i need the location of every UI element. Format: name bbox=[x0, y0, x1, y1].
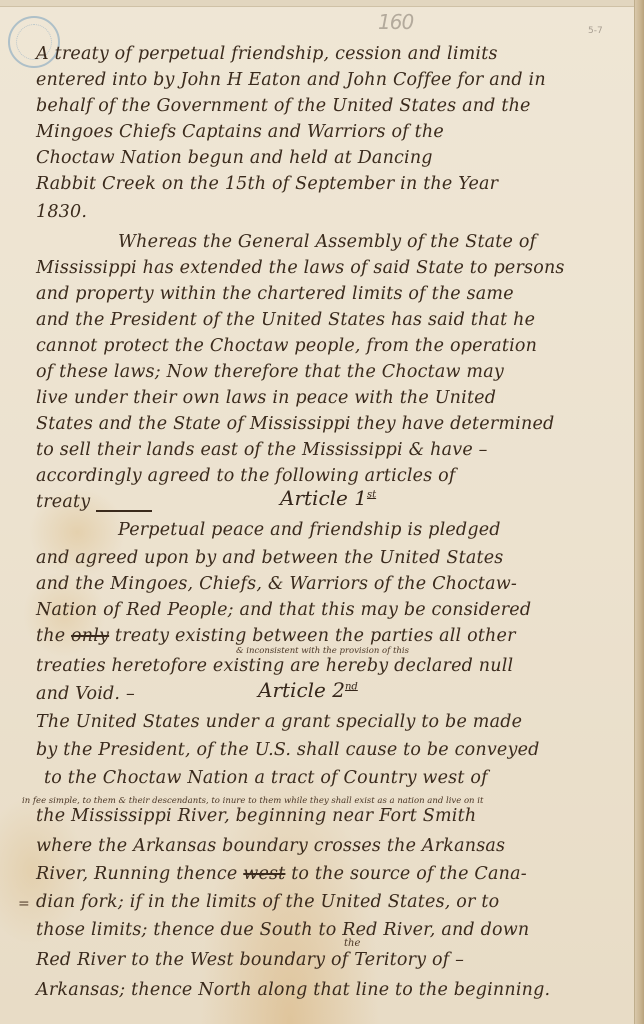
closing-flourish bbox=[96, 510, 152, 512]
caret-insertion: the bbox=[344, 938, 360, 949]
struck-word: west bbox=[243, 864, 285, 884]
article-2-line-4: the Mississippi River, beginning near Fo… bbox=[36, 806, 476, 826]
page-reference: 5-7 bbox=[588, 26, 603, 36]
article-1-line-5: the only treaty existing between the par… bbox=[36, 626, 516, 646]
article-2-label: Article 2 bbox=[258, 678, 345, 702]
whereas-line-4: and the President of the United States h… bbox=[36, 310, 535, 330]
article-1-insertion: & inconsistent with the provision of thi… bbox=[236, 646, 409, 656]
article-2-insertion: in fee simple, to them & their descendan… bbox=[22, 796, 483, 806]
article-1-label: Article 1 bbox=[280, 486, 367, 510]
whereas-line-3: and property within the chartered limits… bbox=[36, 284, 514, 304]
whereas-line-11: treaty bbox=[36, 492, 90, 512]
preamble-year: 1830. bbox=[36, 202, 87, 222]
preamble-line-1: A treaty of perpetual friendship, cessio… bbox=[36, 44, 498, 64]
article-2-line-6-suffix: to the source of the Cana- bbox=[291, 864, 527, 884]
article-2-line-5: where the Arkansas boundary crosses the … bbox=[36, 836, 505, 856]
article-1-line-4: Nation of Red People; and that this may … bbox=[36, 600, 531, 620]
article-2-line-6-prefix: River, Running thence bbox=[36, 864, 238, 884]
struck-word: only bbox=[71, 626, 109, 646]
article-1-line-2: and agreed upon by and between the Unite… bbox=[36, 548, 503, 568]
whereas-line-1: Whereas the General Assembly of the Stat… bbox=[118, 232, 536, 252]
article-2-line-8: those limits; thence due South to Red Ri… bbox=[36, 920, 529, 940]
preamble-line-3: behalf of the Government of the United S… bbox=[36, 96, 531, 116]
whereas-line-7: live under their own laws in peace with … bbox=[36, 388, 496, 408]
whereas-line-6: of these laws; Now therefore that the Ch… bbox=[36, 362, 504, 382]
article-1-line-7: and Void. – bbox=[36, 684, 135, 704]
article-1-line-3: and the Mingoes, Chiefs, & Warriors of t… bbox=[36, 574, 517, 594]
preamble-line-4: Mingoes Chiefs Captains and Warriors of … bbox=[36, 122, 444, 142]
whereas-line-8: States and the State of Mississippi they… bbox=[36, 414, 554, 434]
article-2-line-9: Red River to the West boundary of Terito… bbox=[36, 950, 464, 970]
page-top-edge bbox=[0, 0, 644, 7]
article-2-heading: Article 2nd bbox=[258, 678, 358, 702]
article-1-heading: Article 1st bbox=[280, 486, 376, 510]
whereas-line-10: accordingly agreed to the following arti… bbox=[36, 466, 456, 486]
page-binding-edge bbox=[634, 0, 644, 1024]
folio-number: 160 bbox=[378, 10, 413, 34]
preamble-line-6: Rabbit Creek on the 15th of September in… bbox=[36, 174, 498, 194]
article-1-ordinal: st bbox=[367, 489, 376, 500]
article-2-line-3: to the Choctaw Nation a tract of Country… bbox=[44, 768, 488, 788]
article-1-line-5-text: treaty existing between the parties all … bbox=[115, 626, 516, 646]
article-2-line-10: Arkansas; thence North along that line t… bbox=[36, 980, 550, 1000]
article-2-ordinal: nd bbox=[345, 681, 358, 692]
article-2-line-6: River, Running thence west to the source… bbox=[36, 864, 527, 884]
article-2-line-7: dian fork; if in the limits of the Unite… bbox=[36, 892, 499, 912]
article-2-line-1: The United States under a grant speciall… bbox=[36, 712, 522, 732]
manuscript-page: 160 5-7 A treaty of perpetual friendship… bbox=[0, 0, 644, 1024]
article-1-line-6: treaties heretofore existing are hereby … bbox=[36, 656, 513, 676]
article-2-line-2: by the President, of the U.S. shall caus… bbox=[36, 740, 540, 760]
whereas-line-5: cannot protect the Choctaw people, from … bbox=[36, 336, 537, 356]
article-1-line-1: Perpetual peace and friendship is pledge… bbox=[118, 520, 501, 540]
margin-tick-mark: = bbox=[18, 896, 30, 912]
preamble-line-2: entered into by John H Eaton and John Co… bbox=[36, 70, 546, 90]
whereas-line-9: to sell their lands east of the Mississi… bbox=[36, 440, 488, 460]
whereas-line-2: Mississippi has extended the laws of sai… bbox=[36, 258, 565, 278]
preamble-line-5: Choctaw Nation begun and held at Dancing bbox=[36, 148, 433, 168]
article-1-line-5-prefix: the bbox=[36, 626, 65, 646]
